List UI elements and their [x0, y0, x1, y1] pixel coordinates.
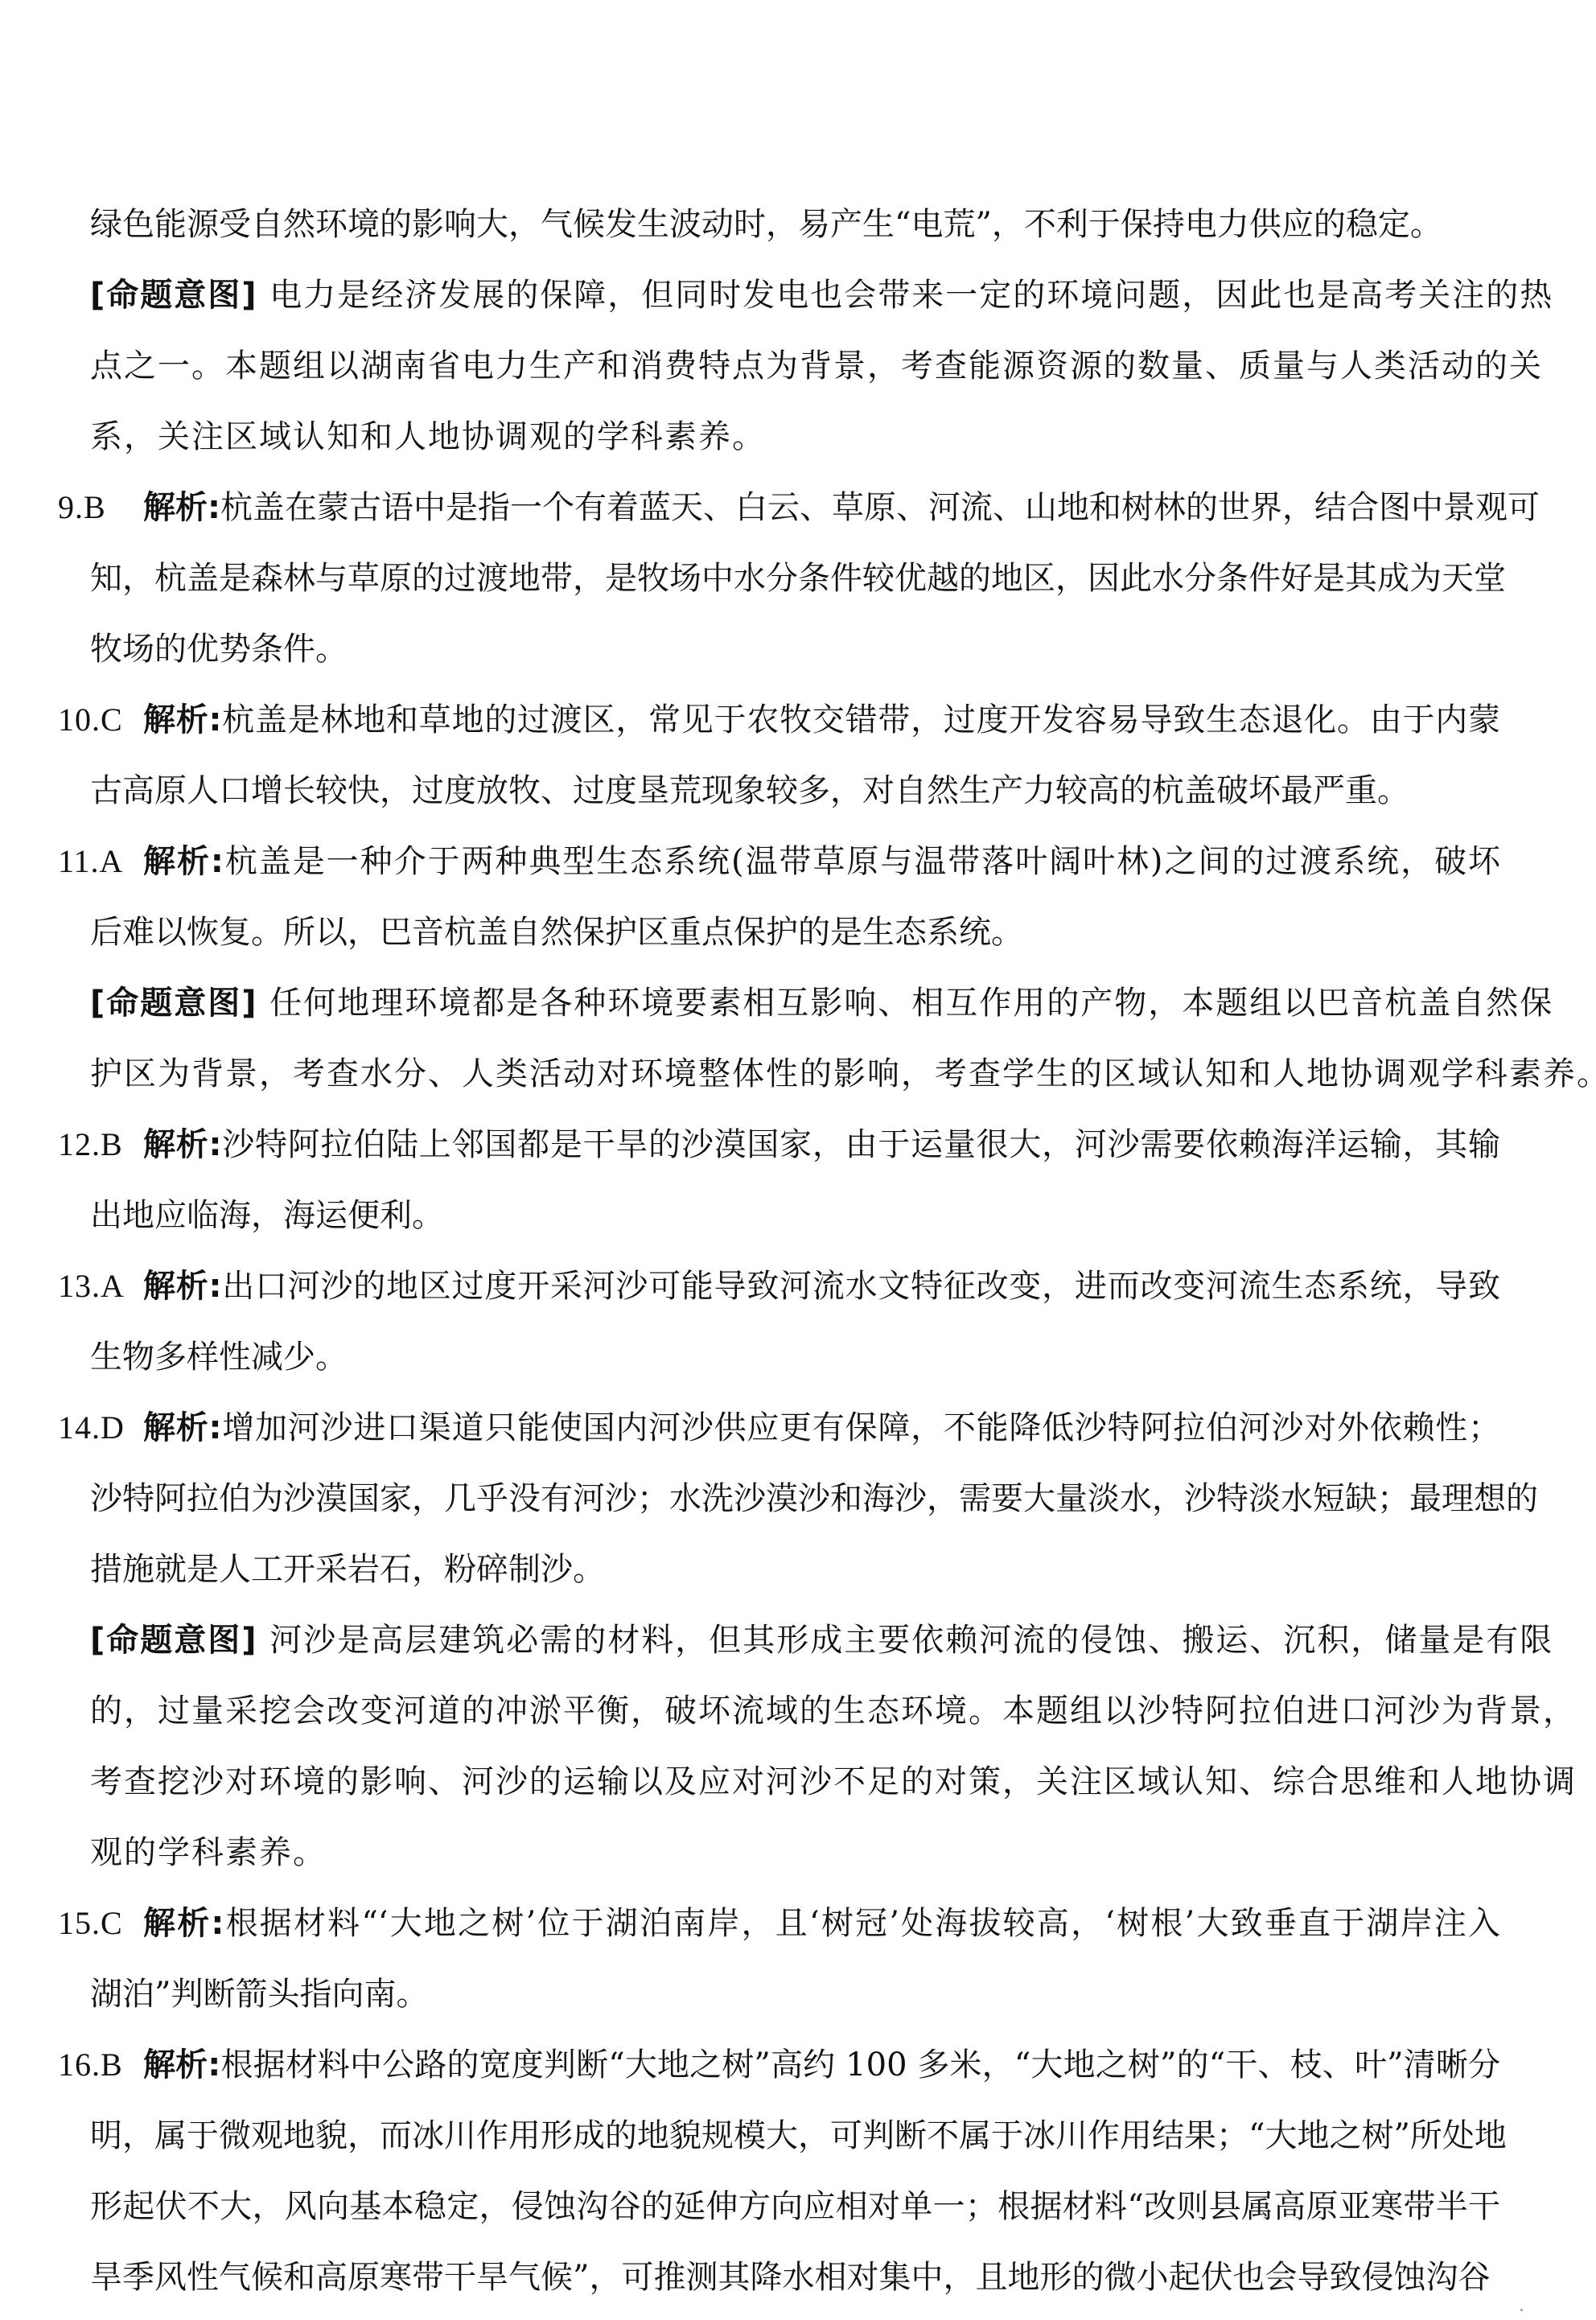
line-content: 电力是经济发展的保障，但同时发电也会带来一定的环境问题，因此也是高考关注的热: [269, 277, 1553, 314]
answer-item: 9.B解析:杭盖在蒙古语中是指一个有着蓝天、白云、草原、河流、山地和树林的世界，…: [0, 472, 1596, 685]
line-content: 牧场的优势条件。: [90, 631, 348, 668]
line-text: 形起伏不大，风向基本稳定，侵蚀沟谷的延伸方向应相对单一；根据材料“改则县属高原亚…: [90, 2171, 1500, 2242]
answer-item: 11.A解析:杭盖是一种介于两种典型生态系统(温带草原与温带落叶阔叶林)之间的过…: [0, 826, 1596, 968]
line-text: 沙特阿拉伯为沙漠国家，几乎没有河沙；水洗沙漠沙和海沙，需要大量淡水，沙特淡水短缺…: [90, 1463, 1500, 1534]
line-text: 解析:出口河沙的地区过度开采河沙可能导致河流水文特征改变，进而改变河流生态系统，…: [143, 1251, 1500, 1322]
text-line: 知，杭盖是森林与草原的过渡地带，是牧场中水分条件较优越的地区，因此水分条件好是其…: [0, 543, 1596, 614]
analysis-label: 解析:: [143, 489, 220, 526]
answer-item: 15.C解析:根据材料“‘大地之树’位于湖泊南岸，且‘树冠’处海拔较高，‘树根’…: [0, 1888, 1596, 2030]
line-text: [命题意图] 电力是经济发展的保障，但同时发电也会带来一定的环境问题，因此也是高…: [90, 260, 1500, 331]
document-page: 绿色能源受自然环境的影响大，气候发生波动时，易产生“电荒”，不利于保持电力供应的…: [0, 189, 1596, 2313]
analysis-label: 解析:: [143, 1409, 222, 1446]
line-text: 生物多样性减少。: [90, 1322, 1500, 1392]
line-content: 的，过量采挖会改变河道的冲淤平衡，破坏流域的生态环境。本题组以沙特阿拉伯进口河沙…: [90, 1693, 1577, 1730]
answer-item: 14.D解析:增加河沙进口渠道只能使国内河沙供应更有保障，不能降低沙特阿拉伯河沙…: [0, 1392, 1596, 1605]
scan-speck: [1168, 1149, 1170, 1151]
line-text: 考查挖沙对环境的影响、河沙的运输以及应对河沙不足的对策，关注区域认知、综合思维和…: [90, 1746, 1500, 1817]
line-content: 杭盖在蒙古语中是指一个有着蓝天、白云、草原、河流、山地和树林的世界，结合图中景观…: [220, 489, 1540, 526]
text-line: 12.B解析:沙特阿拉伯陆上邻国都是干旱的沙漠国家，由于运量很大，河沙需要依赖海…: [0, 1109, 1596, 1180]
answer-number: 10.C: [58, 685, 138, 755]
answer-number: 16.B: [58, 2030, 138, 2100]
line-content: 知，杭盖是森林与草原的过渡地带，是牧场中水分条件较优越的地区，因此水分条件好是其…: [90, 560, 1506, 597]
intent-tag: [命题意图]: [90, 985, 258, 1022]
line-text: 绿色能源受自然环境的影响大，气候发生波动时，易产生“电荒”，不利于保持电力供应的…: [90, 189, 1500, 260]
line-text: 解析:沙特阿拉伯陆上邻国都是干旱的沙漠国家，由于运量很大，河沙需要依赖海洋运输，…: [143, 1109, 1500, 1180]
line-text: 解析:根据材料“‘大地之树’位于湖泊南岸，且‘树冠’处海拔较高，‘树根’大致垂直…: [143, 1888, 1500, 1959]
line-text: [命题意图] 河沙是高层建筑必需的材料，但其形成主要依赖河流的侵蚀、搬运、沉积，…: [90, 1605, 1500, 1676]
line-content: 根据材料“‘大地之树’位于湖泊南岸，且‘树冠’处海拔较高，‘树根’大致垂直于湖岸…: [224, 1905, 1500, 1942]
text-line: 生物多样性减少。: [0, 1322, 1596, 1392]
line-text: 观的学科素养。: [90, 1817, 1500, 1888]
line-text: 的，过量采挖会改变河道的冲淤平衡，破坏流域的生态环境。本题组以沙特阿拉伯进口河沙…: [90, 1676, 1500, 1746]
line-text: 解析:杭盖是一种介于两种典型生态系统(温带草原与温带落叶阔叶林)之间的过渡系统，…: [143, 826, 1500, 897]
intent-note: [命题意图] 电力是经济发展的保障，但同时发电也会带来一定的环境问题，因此也是高…: [0, 260, 1596, 472]
text-line: 系，关注区域认知和人地协调观的学科素养。: [0, 401, 1596, 472]
text-line: 15.C解析:根据材料“‘大地之树’位于湖泊南岸，且‘树冠’处海拔较高，‘树根’…: [0, 1888, 1596, 1959]
line-text: 湖泊”判断箭头指向南。: [90, 1959, 1500, 2030]
line-text: 明，属于微观地貌，而冰川作用形成的地貌规模大，可判断不属于冰川作用结果；“大地之…: [90, 2100, 1500, 2171]
intent-tag: [命题意图]: [90, 277, 258, 314]
text-line: [命题意图] 电力是经济发展的保障，但同时发电也会带来一定的环境问题，因此也是高…: [0, 260, 1596, 331]
line-content: 出地应临海，海运便利。: [90, 1197, 444, 1234]
text-line: 明，属于微观地貌，而冰川作用形成的地貌规模大，可判断不属于冰川作用结果；“大地之…: [0, 2100, 1596, 2171]
line-text: 解析:杭盖在蒙古语中是指一个有着蓝天、白云、草原、河流、山地和树林的世界，结合图…: [143, 472, 1500, 543]
line-text: 古高原人口增长较快，过度放牧、过度垦荒现象较多，对自然生产力较高的杭盖破坏最严重…: [90, 755, 1500, 826]
line-text: 后难以恢复。所以，巴音杭盖自然保护区重点保护的是生态系统。: [90, 897, 1500, 968]
answer-number: 14.D: [58, 1392, 138, 1463]
answer-number: 13.A: [58, 1251, 138, 1322]
line-text: 知，杭盖是森林与草原的过渡地带，是牧场中水分条件较优越的地区，因此水分条件好是其…: [90, 543, 1500, 614]
line-text: 点之一。本题组以湖南省电力生产和消费特点为背景，考查能源资源的数量、质量与人类活…: [90, 331, 1500, 401]
answer-number: 15.C: [58, 1888, 138, 1959]
answer-number: 12.B: [58, 1109, 138, 1180]
text-line: 考查挖沙对环境的影响、河沙的运输以及应对河沙不足的对策，关注区域认知、综合思维和…: [0, 1746, 1596, 1817]
answer-number: 11.A: [58, 826, 138, 897]
line-text: 解析:杭盖是林地和草地的过渡区，常见于农牧交错带，过度开发容易导致生态退化。由于…: [143, 685, 1500, 755]
line-content: 旱季风性气候和高原寒带干旱气候”，可推测其降水相对集中，且地形的微小起伏也会导致…: [90, 2259, 1490, 2296]
line-text: [命题意图] 任何地理环境都是各种环境要素相互影响、相互作用的产物，本题组以巴音…: [90, 968, 1500, 1039]
text-line: [命题意图] 任何地理环境都是各种环境要素相互影响、相互作用的产物，本题组以巴音…: [0, 968, 1596, 1039]
line-content: 护区为背景，考查水分、人类活动对环境整体性的影响，考查学生的区域认知和人地协调观…: [90, 1055, 1596, 1092]
text-line: 护区为背景，考查水分、人类活动对环境整体性的影响，考查学生的区域认知和人地协调观…: [0, 1039, 1596, 1109]
text-line: 14.D解析:增加河沙进口渠道只能使国内河沙供应更有保障，不能降低沙特阿拉伯河沙…: [0, 1392, 1596, 1463]
text-line: 10.C解析:杭盖是林地和草地的过渡区，常见于农牧交错带，过度开发容易导致生态退…: [0, 685, 1596, 755]
text-line: 16.B解析:根据材料中公路的宽度判断“大地之树”高约 100 多米，“大地之树…: [0, 2030, 1596, 2100]
line-content: 点之一。本题组以湖南省电力生产和消费特点为背景，考查能源资源的数量、质量与人类活…: [90, 348, 1543, 385]
answer-item: 10.C解析:杭盖是林地和草地的过渡区，常见于农牧交错带，过度开发容易导致生态退…: [0, 685, 1596, 826]
analysis-label: 解析:: [143, 701, 222, 738]
line-text: 旱季风性气候和高原寒带干旱气候”，可推测其降水相对集中，且地形的微小起伏也会导致…: [90, 2242, 1500, 2313]
line-content: 古高原人口增长较快，过度放牧、过度垦荒现象较多，对自然生产力较高的杭盖破坏最严重…: [90, 772, 1409, 809]
text-line: 湖泊”判断箭头指向南。: [0, 1959, 1596, 2030]
analysis-label: 解析:: [143, 1126, 222, 1163]
answer-item: 13.A解析:出口河沙的地区过度开采河沙可能导致河流水文特征改变，进而改变河流生…: [0, 1251, 1596, 1392]
text-line: 的，过量采挖会改变河道的冲淤平衡，破坏流域的生态环境。本题组以沙特阿拉伯进口河沙…: [0, 1676, 1596, 1746]
line-content: 后难以恢复。所以，巴音杭盖自然保护区重点保护的是生态系统。: [90, 914, 1023, 951]
text-line: 古高原人口增长较快，过度放牧、过度垦荒现象较多，对自然生产力较高的杭盖破坏最严重…: [0, 755, 1596, 826]
intent-tag: [命题意图]: [90, 1622, 258, 1659]
answer-item: 16.B解析:根据材料中公路的宽度判断“大地之树”高约 100 多米，“大地之树…: [0, 2030, 1596, 2313]
line-text: 措施就是人工开采岩石，粉碎制沙。: [90, 1534, 1500, 1605]
answer-number: 9.B: [58, 472, 138, 543]
line-content: 杭盖是林地和草地的过渡区，常见于农牧交错带，过度开发容易导致生态退化。由于内蒙: [222, 701, 1501, 738]
text-line: 形起伏不大，风向基本稳定，侵蚀沟谷的延伸方向应相对单一；根据材料“改则县属高原亚…: [0, 2171, 1596, 2242]
line-content: 河沙是高层建筑必需的材料，但其形成主要依赖河流的侵蚀、搬运、沉积，储量是有限: [269, 1622, 1553, 1659]
text-line: 旱季风性气候和高原寒带干旱气候”，可推测其降水相对集中，且地形的微小起伏也会导致…: [0, 2242, 1596, 2313]
text-line: 后难以恢复。所以，巴音杭盖自然保护区重点保护的是生态系统。: [0, 897, 1596, 968]
text-line: 出地应临海，海运便利。: [0, 1180, 1596, 1251]
text-line: 观的学科素养。: [0, 1817, 1596, 1888]
line-content: 任何地理环境都是各种环境要素相互影响、相互作用的产物，本题组以巴音杭盖自然保: [269, 985, 1553, 1022]
text-line: 措施就是人工开采岩石，粉碎制沙。: [0, 1534, 1596, 1605]
text-line: 13.A解析:出口河沙的地区过度开采河沙可能导致河流水文特征改变，进而改变河流生…: [0, 1251, 1596, 1322]
line-content: 绿色能源受自然环境的影响大，气候发生波动时，易产生“电荒”，不利于保持电力供应的…: [90, 206, 1442, 243]
line-content: 增加河沙进口渠道只能使国内河沙供应更有保障，不能降低沙特阿拉伯河沙对外依赖性；: [222, 1409, 1501, 1446]
text-line: 11.A解析:杭盖是一种介于两种典型生态系统(温带草原与温带落叶阔叶林)之间的过…: [0, 826, 1596, 897]
line-content: 生物多样性减少。: [90, 1339, 348, 1376]
line-text: 牧场的优势条件。: [90, 614, 1500, 685]
analysis-label: 解析:: [143, 2046, 220, 2083]
analysis-label: 解析:: [143, 843, 224, 880]
continuation-paragraph: 绿色能源受自然环境的影响大，气候发生波动时，易产生“电荒”，不利于保持电力供应的…: [0, 189, 1596, 260]
text-line: 绿色能源受自然环境的影响大，气候发生波动时，易产生“电荒”，不利于保持电力供应的…: [0, 189, 1596, 260]
line-content: 观的学科素养。: [90, 1834, 327, 1871]
line-content: 措施就是人工开采岩石，粉碎制沙。: [90, 1551, 605, 1588]
line-text: 护区为背景，考查水分、人类活动对环境整体性的影响，考查学生的区域认知和人地协调观…: [90, 1039, 1500, 1109]
line-text: 解析:根据材料中公路的宽度判断“大地之树”高约 100 多米，“大地之树”的“干…: [143, 2030, 1500, 2100]
text-line: 点之一。本题组以湖南省电力生产和消费特点为背景，考查能源资源的数量、质量与人类活…: [0, 331, 1596, 401]
analysis-label: 解析:: [143, 1268, 222, 1305]
answer-item: 12.B解析:沙特阿拉伯陆上邻国都是干旱的沙漠国家，由于运量很大，河沙需要依赖海…: [0, 1109, 1596, 1251]
line-content: 出口河沙的地区过度开采河沙可能导致河流水文特征改变，进而改变河流生态系统，导致: [222, 1268, 1501, 1305]
text-line: 牧场的优势条件。: [0, 614, 1596, 685]
line-text: 系，关注区域认知和人地协调观的学科素养。: [90, 401, 1500, 472]
line-text: 解析:增加河沙进口渠道只能使国内河沙供应更有保障，不能降低沙特阿拉伯河沙对外依赖…: [143, 1392, 1500, 1463]
line-content: 杭盖是一种介于两种典型生态系统(温带草原与温带落叶阔叶林)之间的过渡系统，破坏: [224, 843, 1500, 880]
line-content: 湖泊”判断箭头指向南。: [90, 1976, 428, 2013]
line-content: 沙特阿拉伯为沙漠国家，几乎没有河沙；水洗沙漠沙和海沙，需要大量淡水，沙特淡水短缺…: [90, 1480, 1538, 1517]
line-text: 出地应临海，海运便利。: [90, 1180, 1500, 1251]
analysis-label: 解析:: [143, 1905, 224, 1942]
text-line: [命题意图] 河沙是高层建筑必需的材料，但其形成主要依赖河流的侵蚀、搬运、沉积，…: [0, 1605, 1596, 1676]
intent-note: [命题意图] 河沙是高层建筑必需的材料，但其形成主要依赖河流的侵蚀、搬运、沉积，…: [0, 1605, 1596, 1888]
text-line: 沙特阿拉伯为沙漠国家，几乎没有河沙；水洗沙漠沙和海沙，需要大量淡水，沙特淡水短缺…: [0, 1463, 1596, 1534]
line-content: 根据材料中公路的宽度判断“大地之树”高约 100 多米，“大地之树”的“干、枝、…: [220, 2046, 1500, 2083]
line-content: 系，关注区域认知和人地协调观的学科素养。: [90, 418, 766, 455]
scan-speck: [1520, 2309, 1523, 2311]
text-line: 9.B解析:杭盖在蒙古语中是指一个有着蓝天、白云、草原、河流、山地和树林的世界，…: [0, 472, 1596, 543]
line-content: 考查挖沙对环境的影响、河沙的运输以及应对河沙不足的对策，关注区域认知、综合思维和…: [90, 1763, 1577, 1800]
line-content: 明，属于微观地貌，而冰川作用形成的地貌规模大，可判断不属于冰川作用结果；“大地之…: [90, 2117, 1507, 2154]
intent-note: [命题意图] 任何地理环境都是各种环境要素相互影响、相互作用的产物，本题组以巴音…: [0, 968, 1596, 1109]
line-content: 沙特阿拉伯陆上邻国都是干旱的沙漠国家，由于运量很大，河沙需要依赖海洋运输，其输: [222, 1126, 1501, 1163]
line-content: 形起伏不大，风向基本稳定，侵蚀沟谷的延伸方向应相对单一；根据材料“改则县属高原亚…: [90, 2188, 1500, 2225]
